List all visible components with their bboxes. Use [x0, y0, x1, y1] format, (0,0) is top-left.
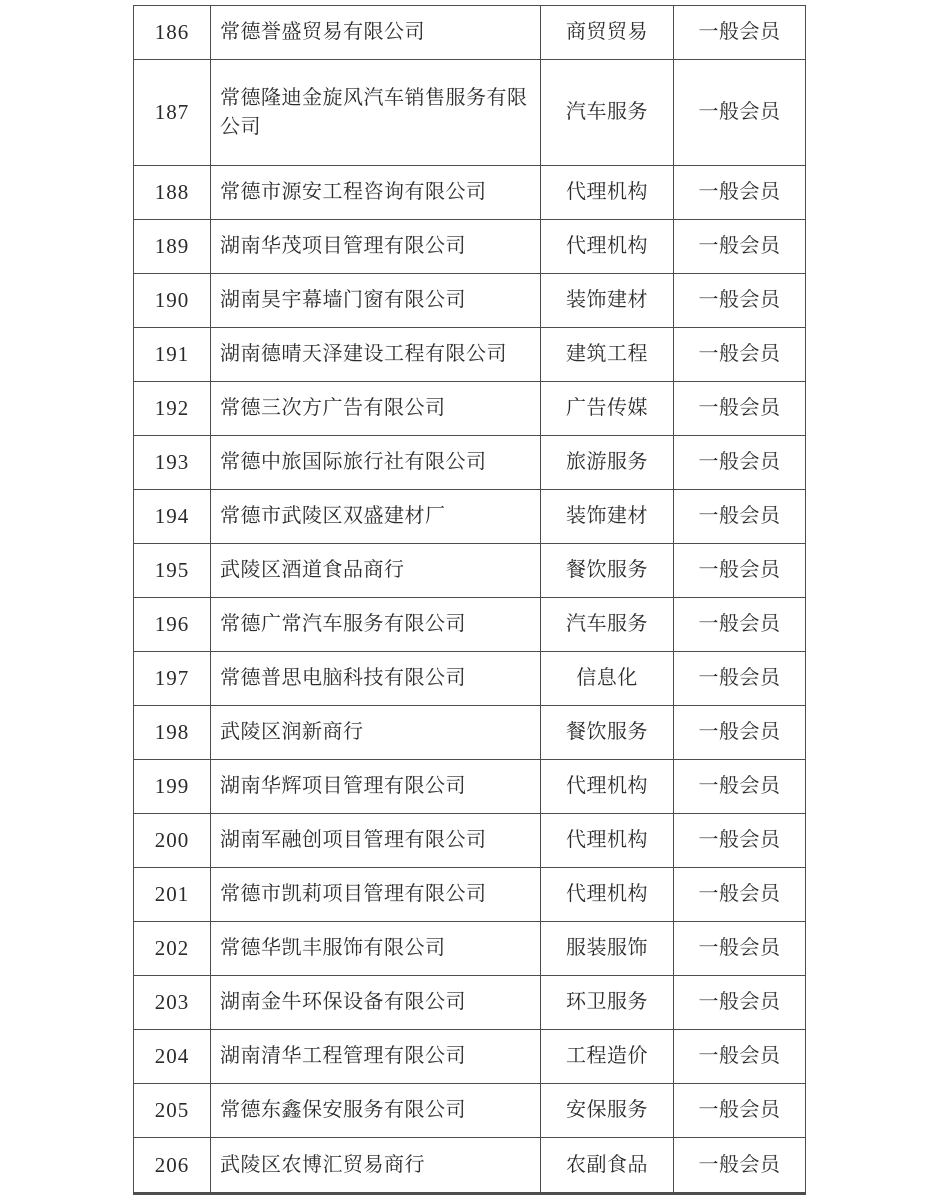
- table-row: 198 武陵区润新商行 餐饮服务 一般会员: [134, 706, 806, 760]
- membership-level: 一般会员: [674, 328, 806, 382]
- company-name: 湖南华辉项目管理有限公司: [211, 760, 541, 814]
- row-number: 186: [134, 6, 211, 60]
- table-row: 186 常德誉盛贸易有限公司 商贸贸易 一般会员: [134, 6, 806, 60]
- company-name: 湖南军融创项目管理有限公司: [211, 814, 541, 868]
- industry-category: 代理机构: [541, 868, 674, 922]
- industry-category: 商贸贸易: [541, 6, 674, 60]
- industry-category: 建筑工程: [541, 328, 674, 382]
- company-name: 常德市武陵区双盛建材厂: [211, 490, 541, 544]
- row-number: 198: [134, 706, 211, 760]
- table-row: 190 湖南昊宇幕墙门窗有限公司 装饰建材 一般会员: [134, 274, 806, 328]
- industry-category: 代理机构: [541, 760, 674, 814]
- company-name: 常德市凯莉项目管理有限公司: [211, 868, 541, 922]
- membership-level: 一般会员: [674, 274, 806, 328]
- company-name: 武陵区酒道食品商行: [211, 544, 541, 598]
- row-number: 203: [134, 976, 211, 1030]
- membership-level: 一般会员: [674, 1030, 806, 1084]
- membership-level: 一般会员: [674, 166, 806, 220]
- company-name: 常德三次方广告有限公司: [211, 382, 541, 436]
- membership-level: 一般会员: [674, 814, 806, 868]
- membership-level: 一般会员: [674, 1138, 806, 1194]
- company-name: 湖南金牛环保设备有限公司: [211, 976, 541, 1030]
- industry-category: 广告传媒: [541, 382, 674, 436]
- membership-level: 一般会员: [674, 60, 806, 166]
- table-row: 188 常德市源安工程咨询有限公司 代理机构 一般会员: [134, 166, 806, 220]
- company-name: 常德华凯丰服饰有限公司: [211, 922, 541, 976]
- table-row: 201 常德市凯莉项目管理有限公司 代理机构 一般会员: [134, 868, 806, 922]
- table-row: 196 常德广常汽车服务有限公司 汽车服务 一般会员: [134, 598, 806, 652]
- membership-level: 一般会员: [674, 598, 806, 652]
- row-number: 205: [134, 1084, 211, 1138]
- company-name: 常德广常汽车服务有限公司: [211, 598, 541, 652]
- row-number: 195: [134, 544, 211, 598]
- industry-category: 信息化: [541, 652, 674, 706]
- membership-level: 一般会员: [674, 544, 806, 598]
- industry-category: 旅游服务: [541, 436, 674, 490]
- company-name: 湖南华茂项目管理有限公司: [211, 220, 541, 274]
- company-name: 常德市源安工程咨询有限公司: [211, 166, 541, 220]
- industry-category: 代理机构: [541, 814, 674, 868]
- table-row: 187 常德隆迪金旋风汽车销售服务有限公司 汽车服务 一般会员: [134, 60, 806, 166]
- company-name: 武陵区农博汇贸易商行: [211, 1138, 541, 1194]
- row-number: 197: [134, 652, 211, 706]
- membership-level: 一般会员: [674, 220, 806, 274]
- industry-category: 餐饮服务: [541, 706, 674, 760]
- row-number: 202: [134, 922, 211, 976]
- row-number: 201: [134, 868, 211, 922]
- row-number: 192: [134, 382, 211, 436]
- membership-level: 一般会员: [674, 760, 806, 814]
- row-number: 193: [134, 436, 211, 490]
- table-row: 205 常德东鑫保安服务有限公司 安保服务 一般会员: [134, 1084, 806, 1138]
- table-row: 192 常德三次方广告有限公司 广告传媒 一般会员: [134, 382, 806, 436]
- row-number: 206: [134, 1138, 211, 1194]
- company-name: 湖南德晴天泽建设工程有限公司: [211, 328, 541, 382]
- table-row: 195 武陵区酒道食品商行 餐饮服务 一般会员: [134, 544, 806, 598]
- table-row: 189 湖南华茂项目管理有限公司 代理机构 一般会员: [134, 220, 806, 274]
- document-page: 186 常德誉盛贸易有限公司 商贸贸易 一般会员 187 常德隆迪金旋风汽车销售…: [0, 0, 938, 1200]
- industry-category: 环卫服务: [541, 976, 674, 1030]
- membership-level: 一般会员: [674, 922, 806, 976]
- industry-category: 安保服务: [541, 1084, 674, 1138]
- company-name: 常德东鑫保安服务有限公司: [211, 1084, 541, 1138]
- membership-level: 一般会员: [674, 1084, 806, 1138]
- company-name: 常德普思电脑科技有限公司: [211, 652, 541, 706]
- industry-category: 代理机构: [541, 220, 674, 274]
- table-row: 199 湖南华辉项目管理有限公司 代理机构 一般会员: [134, 760, 806, 814]
- row-number: 188: [134, 166, 211, 220]
- membership-level: 一般会员: [674, 976, 806, 1030]
- company-name: 常德誉盛贸易有限公司: [211, 6, 541, 60]
- industry-category: 农副食品: [541, 1138, 674, 1194]
- company-name: 武陵区润新商行: [211, 706, 541, 760]
- industry-category: 服装服饰: [541, 922, 674, 976]
- company-name: 常德中旅国际旅行社有限公司: [211, 436, 541, 490]
- company-name: 常德隆迪金旋风汽车销售服务有限公司: [211, 60, 541, 166]
- row-number: 190: [134, 274, 211, 328]
- table-row: 197 常德普思电脑科技有限公司 信息化 一般会员: [134, 652, 806, 706]
- industry-category: 代理机构: [541, 166, 674, 220]
- table-row: 194 常德市武陵区双盛建材厂 装饰建材 一般会员: [134, 490, 806, 544]
- row-number: 204: [134, 1030, 211, 1084]
- row-number: 199: [134, 760, 211, 814]
- row-number: 194: [134, 490, 211, 544]
- membership-level: 一般会员: [674, 382, 806, 436]
- company-name: 湖南昊宇幕墙门窗有限公司: [211, 274, 541, 328]
- membership-level: 一般会员: [674, 490, 806, 544]
- industry-category: 汽车服务: [541, 598, 674, 652]
- industry-category: 工程造价: [541, 1030, 674, 1084]
- table-row: 191 湖南德晴天泽建设工程有限公司 建筑工程 一般会员: [134, 328, 806, 382]
- row-number: 189: [134, 220, 211, 274]
- table-row: 200 湖南军融创项目管理有限公司 代理机构 一般会员: [134, 814, 806, 868]
- row-number: 187: [134, 60, 211, 166]
- company-name: 湖南清华工程管理有限公司: [211, 1030, 541, 1084]
- membership-level: 一般会员: [674, 868, 806, 922]
- row-number: 191: [134, 328, 211, 382]
- table-row: 203 湖南金牛环保设备有限公司 环卫服务 一般会员: [134, 976, 806, 1030]
- membership-level: 一般会员: [674, 6, 806, 60]
- membership-level: 一般会员: [674, 706, 806, 760]
- member-list-table: 186 常德誉盛贸易有限公司 商贸贸易 一般会员 187 常德隆迪金旋风汽车销售…: [133, 5, 806, 1195]
- industry-category: 汽车服务: [541, 60, 674, 166]
- industry-category: 装饰建材: [541, 490, 674, 544]
- table-row: 204 湖南清华工程管理有限公司 工程造价 一般会员: [134, 1030, 806, 1084]
- row-number: 200: [134, 814, 211, 868]
- membership-level: 一般会员: [674, 436, 806, 490]
- industry-category: 装饰建材: [541, 274, 674, 328]
- table-row: 202 常德华凯丰服饰有限公司 服装服饰 一般会员: [134, 922, 806, 976]
- row-number: 196: [134, 598, 211, 652]
- table-row: 206 武陵区农博汇贸易商行 农副食品 一般会员: [134, 1138, 806, 1194]
- industry-category: 餐饮服务: [541, 544, 674, 598]
- table-row: 193 常德中旅国际旅行社有限公司 旅游服务 一般会员: [134, 436, 806, 490]
- membership-level: 一般会员: [674, 652, 806, 706]
